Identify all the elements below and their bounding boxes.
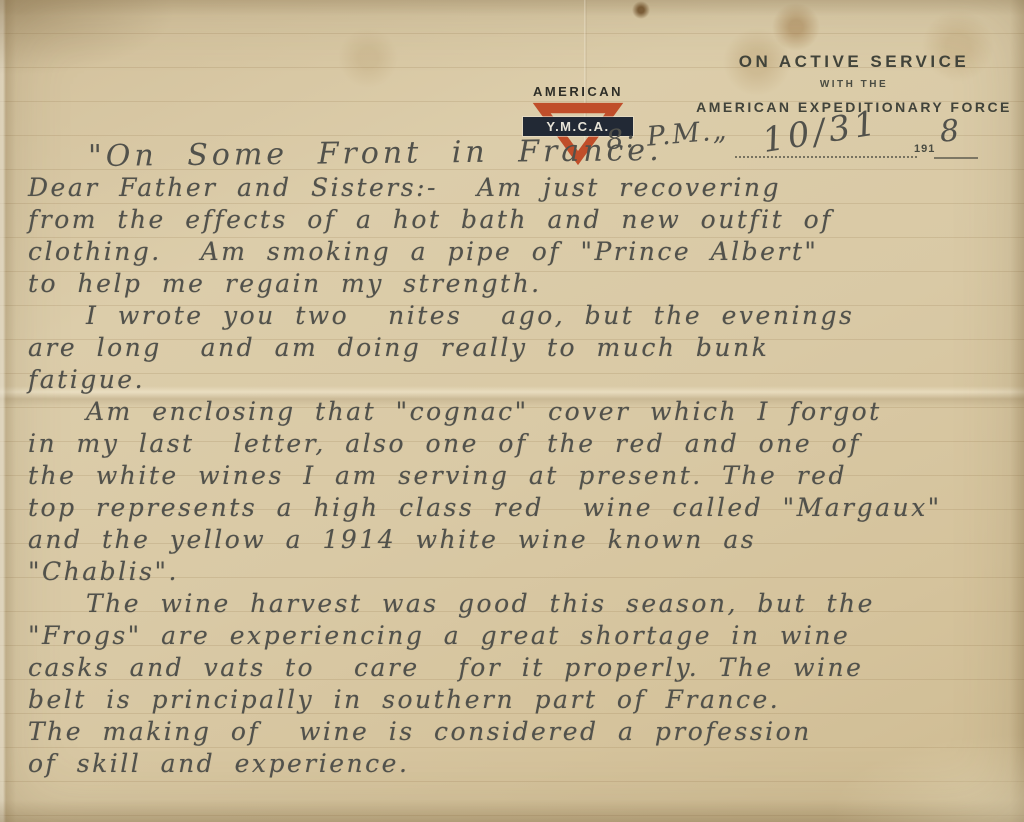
handwritten-line: and the yellow a 1914 white wine known a… [28, 524, 1016, 556]
handwritten-line: belt is principally in southern part of … [28, 684, 1016, 716]
handwritten-line: Am enclosing that "cognac" cover which I… [28, 396, 1016, 428]
handwritten-line: "Frogs" are experiencing a great shortag… [28, 620, 1016, 652]
handwritten-year-digit: 8 [939, 113, 960, 149]
handwritten-line: "Chablis". [28, 556, 1016, 588]
handwritten-line: to help me regain my strength. [28, 268, 1016, 300]
handwritten-line: clothing. Am smoking a pipe of "Prince A… [28, 236, 1016, 268]
handwritten-line: are long and am doing really to much bun… [28, 332, 1016, 364]
service-header-line2: WITH THE [688, 79, 1020, 90]
letter-place-line: "On Some Front in France. [88, 133, 663, 174]
handwritten-line: Dear Father and Sisters:- Am just recove… [28, 172, 1016, 204]
letter-body: Dear Father and Sisters:- Am just recove… [28, 172, 1016, 780]
printed-year-prefix: 191 [914, 143, 935, 155]
ymca-logo-label: AMERICAN [514, 84, 642, 99]
handwritten-line: from the effects of a hot bath and new o… [28, 204, 1016, 236]
handwritten-line: in my last letter, also one of the red a… [28, 428, 1016, 460]
service-header-line1: ON ACTIVE SERVICE [688, 52, 1020, 72]
handwritten-line: The making of wine is considered a profe… [28, 716, 1016, 748]
handwritten-line: fatigue. [28, 364, 1016, 396]
handwritten-line: top represents a high class red wine cal… [28, 492, 1016, 524]
handwritten-line: casks and vats to care for it properly. … [28, 652, 1016, 684]
handwritten-line: the white wines I am serving at present.… [28, 460, 1016, 492]
handwritten-line: I wrote you two nites ago, but the eveni… [28, 300, 1016, 332]
handwritten-line: of skill and experience. [28, 748, 1016, 780]
ymca-bar-label: Y.M.C.A. [546, 119, 609, 134]
handwritten-line: The wine harvest was good this season, b… [28, 588, 1016, 620]
